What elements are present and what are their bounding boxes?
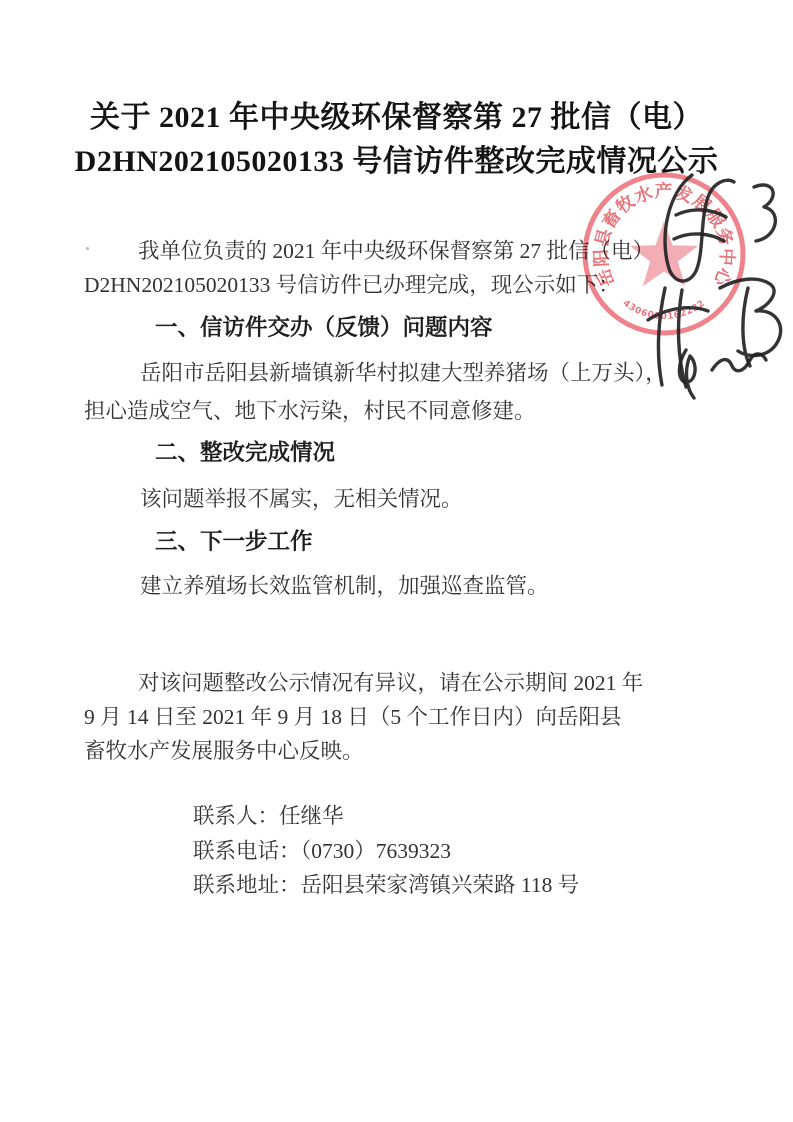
scan-speck: [86, 247, 89, 250]
section2-line1: 该问题举报不属实，无相关情况。: [140, 482, 463, 516]
document-title-line1: 关于 2021 年中央级环保督察第 27 批信（电）: [0, 96, 793, 140]
seal-code-textpath: 4306000162232: [621, 299, 707, 322]
official-seal: 岳阳县畜牧水产发展服务中心 4306000162232: [585, 175, 743, 333]
section2-heading: 二、整改完成情况: [155, 439, 335, 467]
contact-phone: 联系电话：（0730）7639323: [193, 834, 451, 868]
section3-heading: 三、下一步工作: [155, 528, 313, 556]
objection-line1: 对该问题整改公示情况有异议，请在公示期间 2021 年: [138, 666, 643, 700]
objection-line2: 9 月 14 日至 2021 年 9 月 18 日（5 个工作日内）向岳阳县: [84, 700, 622, 734]
seal-and-signature-overlay: 岳阳县畜牧水产发展服务中心 4306000162232: [540, 135, 793, 415]
seal-code-text: 4306000162232: [621, 299, 707, 322]
section1-line2: 担心造成空气、地下水污染，村民不同意修建。: [84, 394, 536, 428]
section1-heading: 一、信访件交办（反馈）问题内容: [155, 314, 493, 342]
contact-address: 联系地址：岳阳县荣家湾镇兴荣路 118 号: [193, 868, 579, 902]
handwritten-signature: [648, 175, 781, 398]
objection-line3: 畜牧水产发展服务中心反映。: [84, 734, 364, 768]
scanned-notice-page: 关于 2021 年中央级环保督察第 27 批信（电） D2HN202105020…: [0, 0, 793, 1122]
contact-person: 联系人：任继华: [193, 799, 344, 833]
section3-line1: 建立养殖场长效监管机制，加强巡查监管。: [140, 569, 549, 603]
